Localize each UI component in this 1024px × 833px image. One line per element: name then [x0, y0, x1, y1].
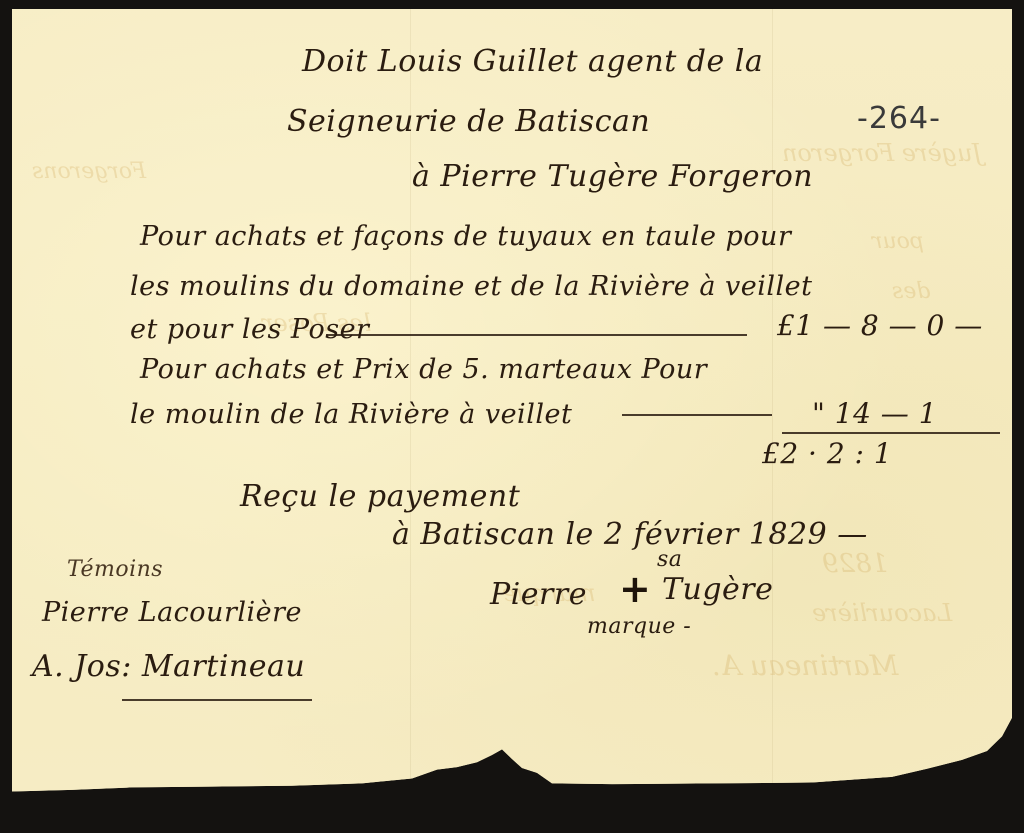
bleed-through-text: Martineau A.: [712, 649, 898, 682]
signature-flourish: [122, 699, 312, 701]
receipt-line-1: Reçu le payement: [240, 479, 520, 514]
item-2-line-2: le moulin de la Rivière à veillet: [130, 399, 572, 430]
witnesses-label: Témoins: [67, 557, 163, 582]
bleed-through-text: 1829: [822, 549, 888, 579]
header-line-debtor: Doit Louis Guillet agent de la: [302, 44, 763, 79]
paper-sheet: Jugère Forgeron Forgerons pour des 1829 …: [12, 9, 1012, 819]
witness-1-signature: Pierre Lacourlière: [42, 597, 302, 628]
total-amount: £2 · 2 : 1: [762, 437, 892, 470]
fold-line: [772, 9, 773, 819]
item-1-line-3: et pour les Poser: [130, 314, 369, 345]
item-2-line-1: Pour achats et Prix de 5. marteaux Pour: [140, 354, 707, 385]
bleed-through-text: Lacourlière: [812, 599, 952, 627]
signer-mark-note: sa: [657, 547, 682, 572]
item-1-amount: £1 — 8 — 0 —: [777, 309, 983, 342]
mark-label: marque -: [587, 614, 691, 639]
bleed-through-text: Forgerons: [32, 159, 146, 184]
signer-first-name: Pierre: [490, 577, 587, 612]
bleed-through-text: des: [892, 279, 930, 304]
leader-line: [327, 334, 747, 336]
header-line-creditor: à Pierre Tugère Forgeron: [412, 159, 813, 194]
leader-line: [622, 414, 772, 416]
item-2-amount: " 14 — 1: [812, 397, 937, 430]
witness-2-signature: A. Jos: Martineau: [32, 649, 305, 684]
page-number: -264-: [857, 101, 941, 136]
bleed-through-text: pour: [872, 229, 924, 254]
receipt-line-2: à Batiscan le 2 février 1829 —: [392, 517, 868, 552]
signer-last-name: Tugère: [662, 572, 773, 607]
total-rule: [782, 432, 1000, 434]
item-1-line-1: Pour achats et façons de tuyaux en taule…: [140, 221, 791, 252]
scan-stage: Jugère Forgeron Forgerons pour des 1829 …: [0, 0, 1024, 833]
item-1-line-2: les moulins du domaine et de la Rivière …: [130, 271, 813, 302]
cross-mark-icon: +: [619, 567, 651, 611]
header-line-seigneurie: Seigneurie de Batiscan: [287, 104, 650, 139]
